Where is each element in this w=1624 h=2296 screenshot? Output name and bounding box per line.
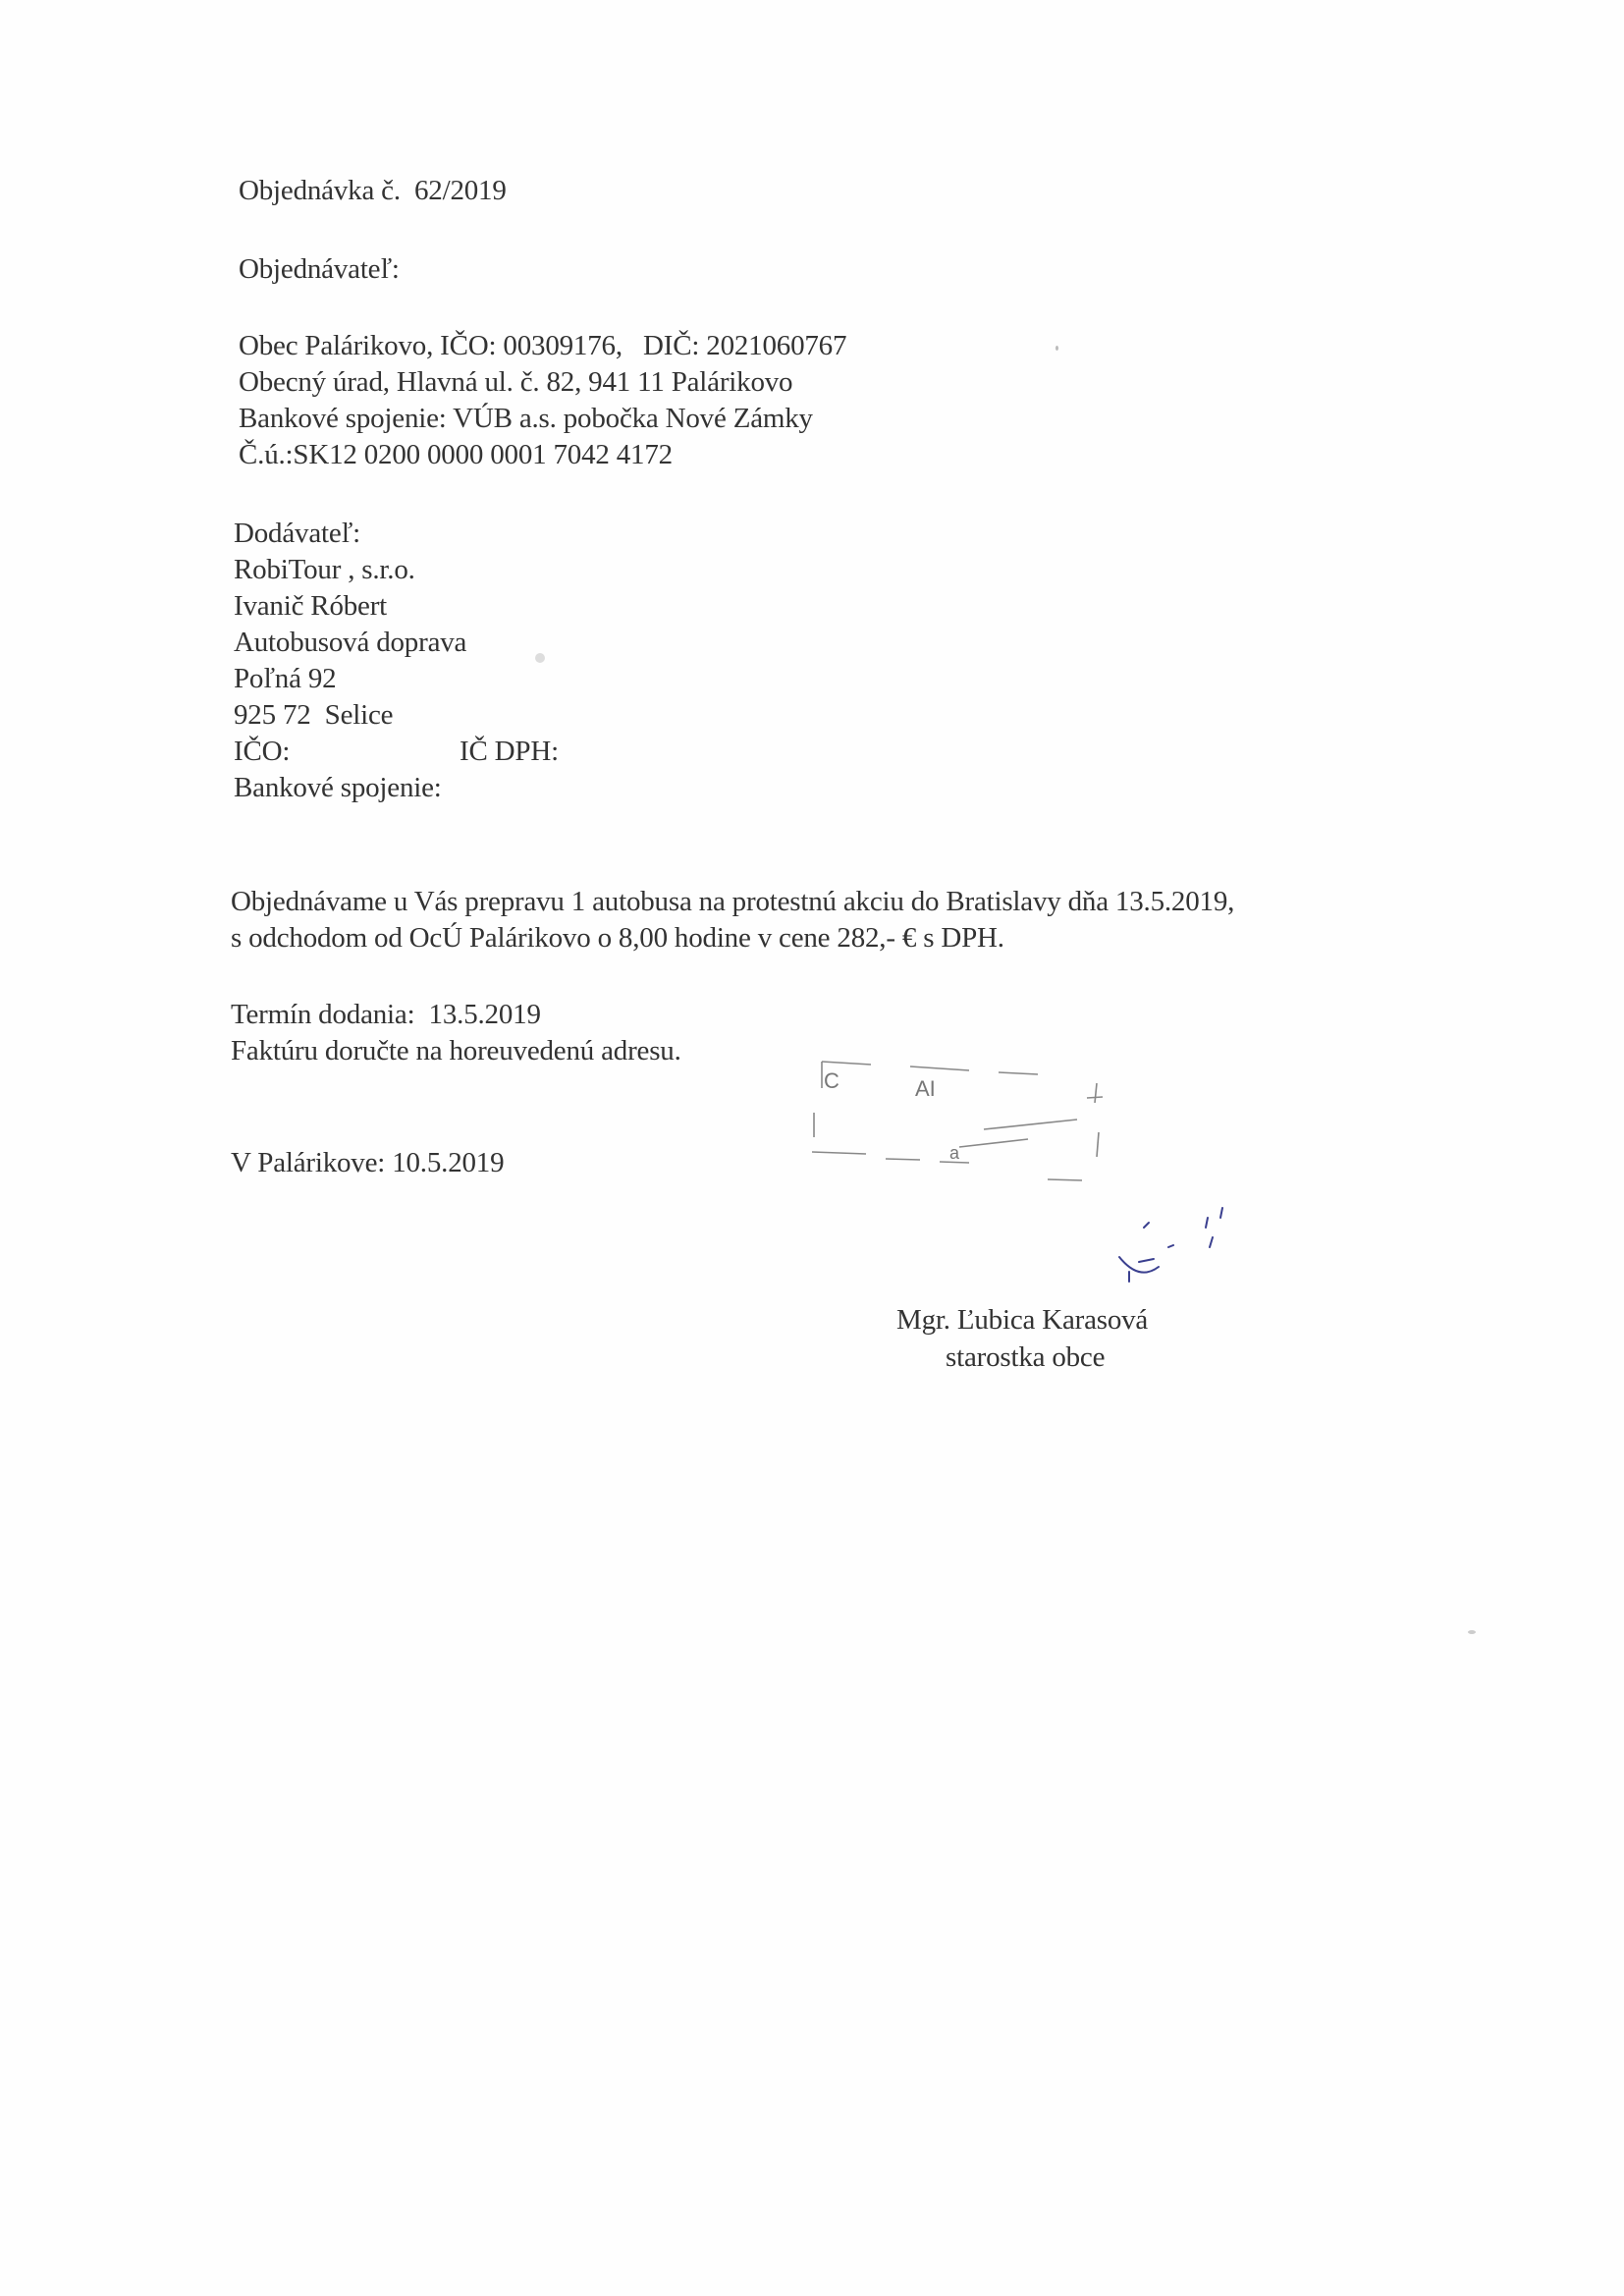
supplier-ic-dph-label: IČ DPH: (460, 734, 559, 769)
official-stamp: C AI a (812, 1059, 1107, 1181)
stamp-icon: C AI a (812, 1059, 1107, 1181)
scan-speck (1056, 346, 1058, 351)
signature-icon (1100, 1188, 1247, 1296)
svg-text:C: C (824, 1068, 839, 1093)
supplier-heading: Dodávateľ: (234, 516, 360, 551)
supplier-bank-label: Bankové spojenie: (234, 770, 442, 805)
order-title: Objednávka č. 62/2019 (239, 173, 507, 208)
supplier-activity: Autobusová doprava (234, 625, 466, 660)
supplier-company: RobiTour , s.r.o. (234, 552, 415, 587)
invoice-note: Faktúru doručte na horeuvedenú adresu. (231, 1033, 681, 1068)
delivery-term: Termín dodania: 13.5.2019 (231, 997, 541, 1032)
body-line-1: Objednávame u Vás prepravu 1 autobusa na… (231, 884, 1234, 919)
orderer-line-2: Obecný úrad, Hlavná ul. č. 82, 941 11 Pa… (239, 364, 792, 400)
place-date: V Palárikove: 10.5.2019 (231, 1145, 504, 1180)
orderer-line-4: Č.ú.:SK12 0200 0000 0001 7042 4172 (239, 437, 673, 472)
svg-text:AI: AI (915, 1076, 936, 1101)
supplier-person: Ivanič Róbert (234, 588, 387, 624)
handwritten-signature (1100, 1188, 1247, 1296)
signatory-name: Mgr. Ľubica Karasová (896, 1302, 1148, 1338)
svg-text:a: a (949, 1143, 960, 1163)
supplier-city: 925 72 Selice (234, 697, 393, 733)
document-page: Objednávka č. 62/2019 Objednávateľ: Obec… (0, 0, 1624, 2296)
supplier-street: Poľná 92 (234, 661, 336, 696)
orderer-line-3: Bankové spojenie: VÚB a.s. pobočka Nové … (239, 401, 813, 436)
scan-speck (1468, 1630, 1476, 1634)
signatory-role: starostka obce (946, 1339, 1105, 1375)
orderer-line-1: Obec Palárikovo, IČO: 00309176, DIČ: 202… (239, 328, 846, 363)
supplier-ico-label: IČO: (234, 734, 290, 769)
body-line-2: s odchodom od OcÚ Palárikovo o 8,00 hodi… (231, 920, 1004, 956)
scan-speck (535, 653, 545, 663)
orderer-heading: Objednávateľ: (239, 251, 400, 287)
